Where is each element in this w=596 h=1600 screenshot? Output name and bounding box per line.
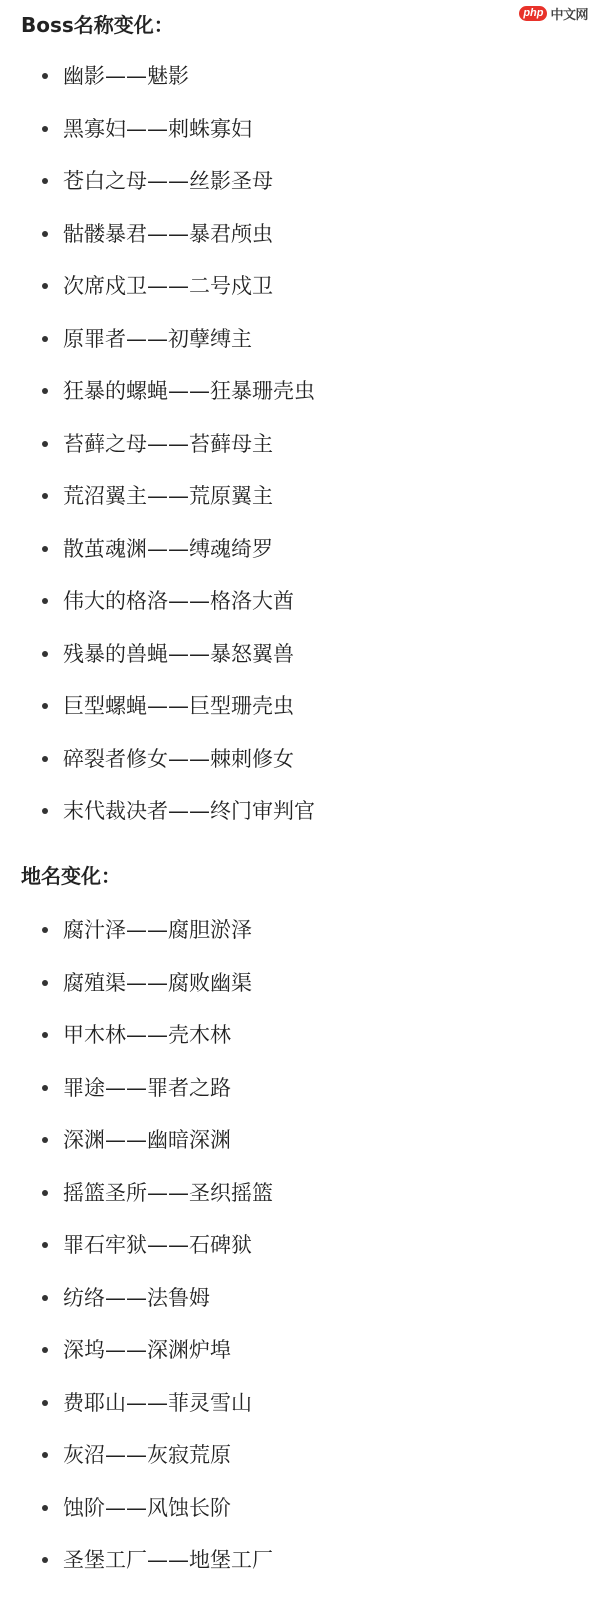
list-item-text: 骷髅暴君——暴君颅虫 [63,220,273,248]
list-item-text: 灰沼——灰寂荒原 [63,1441,231,1469]
list-item-text: 散茧魂渊——缚魂绮罗 [63,535,273,563]
list-item-text: 苔藓之母——苔藓母主 [63,430,273,458]
list-item-text: 荒沼翼主——荒原翼主 [63,482,273,510]
list-item-text: 黑寡妇——刺蛛寡妇 [63,115,252,143]
bullet-icon [42,493,48,499]
bullet-icon [42,756,48,762]
bullet-icon [42,1505,48,1511]
bullet-icon [42,178,48,184]
bullet-icon [42,651,48,657]
list-item-text: 狂暴的螺蝇——狂暴珊壳虫 [63,377,315,405]
bullet-icon [42,73,48,79]
bullet-icon [42,1557,48,1563]
list-item-text: 腐殖渠——腐败幽渠 [63,969,252,997]
bullet-icon [42,808,48,814]
bullet-icon [42,1400,48,1406]
list-item-text: 巨型螺蝇——巨型珊壳虫 [63,692,294,720]
bullet-icon [42,1452,48,1458]
watermark-text: 中文网 [550,4,588,23]
list-item-text: 甲木林——壳木林 [63,1021,231,1049]
bullet-icon [42,703,48,709]
list-item-text: 罪石牢狱——石碑狱 [63,1231,252,1259]
list-item-text: 摇篮圣所——圣织摇篮 [63,1179,273,1207]
list-item-text: 深坞——深渊炉埠 [63,1336,231,1364]
bullet-icon [42,336,48,342]
bullet-icon [42,598,48,604]
list-item-text: 末代裁决者——终门审判官 [63,797,315,825]
bullet-icon [42,441,48,447]
bullet-icon [42,1242,48,1248]
bullet-icon [42,1032,48,1038]
section-title-boss: Boss名称变化： [21,11,174,39]
bullet-icon [42,1085,48,1091]
bullet-icon [42,126,48,132]
bullet-icon [42,231,48,237]
bullet-icon [42,980,48,986]
list-item-text: 残暴的兽蝇——暴怒翼兽 [63,640,294,668]
bullet-icon [42,1137,48,1143]
list-item-text: 幽影——魅影 [63,62,189,90]
list-item-text: 腐汁泽——腐胆淤泽 [63,916,252,944]
bullet-icon [42,1347,48,1353]
list-item-text: 深渊——幽暗深渊 [63,1126,231,1154]
bullet-icon [42,927,48,933]
list-item-text: 伟大的格洛——格洛大酋 [63,587,294,615]
list-item-text: 纺络——法鲁姆 [63,1284,210,1312]
list-item-text: 圣堡工厂——地堡工厂 [63,1546,273,1574]
list-item-text: 费耶山——菲灵雪山 [63,1389,252,1417]
list-item-text: 原罪者——初孽缚主 [63,325,252,353]
list-item-text: 碎裂者修女——棘刺修女 [63,745,294,773]
list-item-text: 次席戍卫——二号戍卫 [63,272,273,300]
bullet-icon [42,1295,48,1301]
bullet-icon [42,283,48,289]
bullet-icon [42,388,48,394]
php-logo-badge: php [519,6,547,21]
list-item-text: 罪途——罪者之路 [63,1074,231,1102]
bullet-icon [42,1190,48,1196]
list-item-text: 苍白之母——丝影圣母 [63,167,273,195]
section-title-places: 地名变化： [21,862,121,890]
watermark-logo: php 中文网 [519,4,588,23]
list-item-text: 蚀阶——风蚀长阶 [63,1494,231,1522]
bullet-icon [42,546,48,552]
